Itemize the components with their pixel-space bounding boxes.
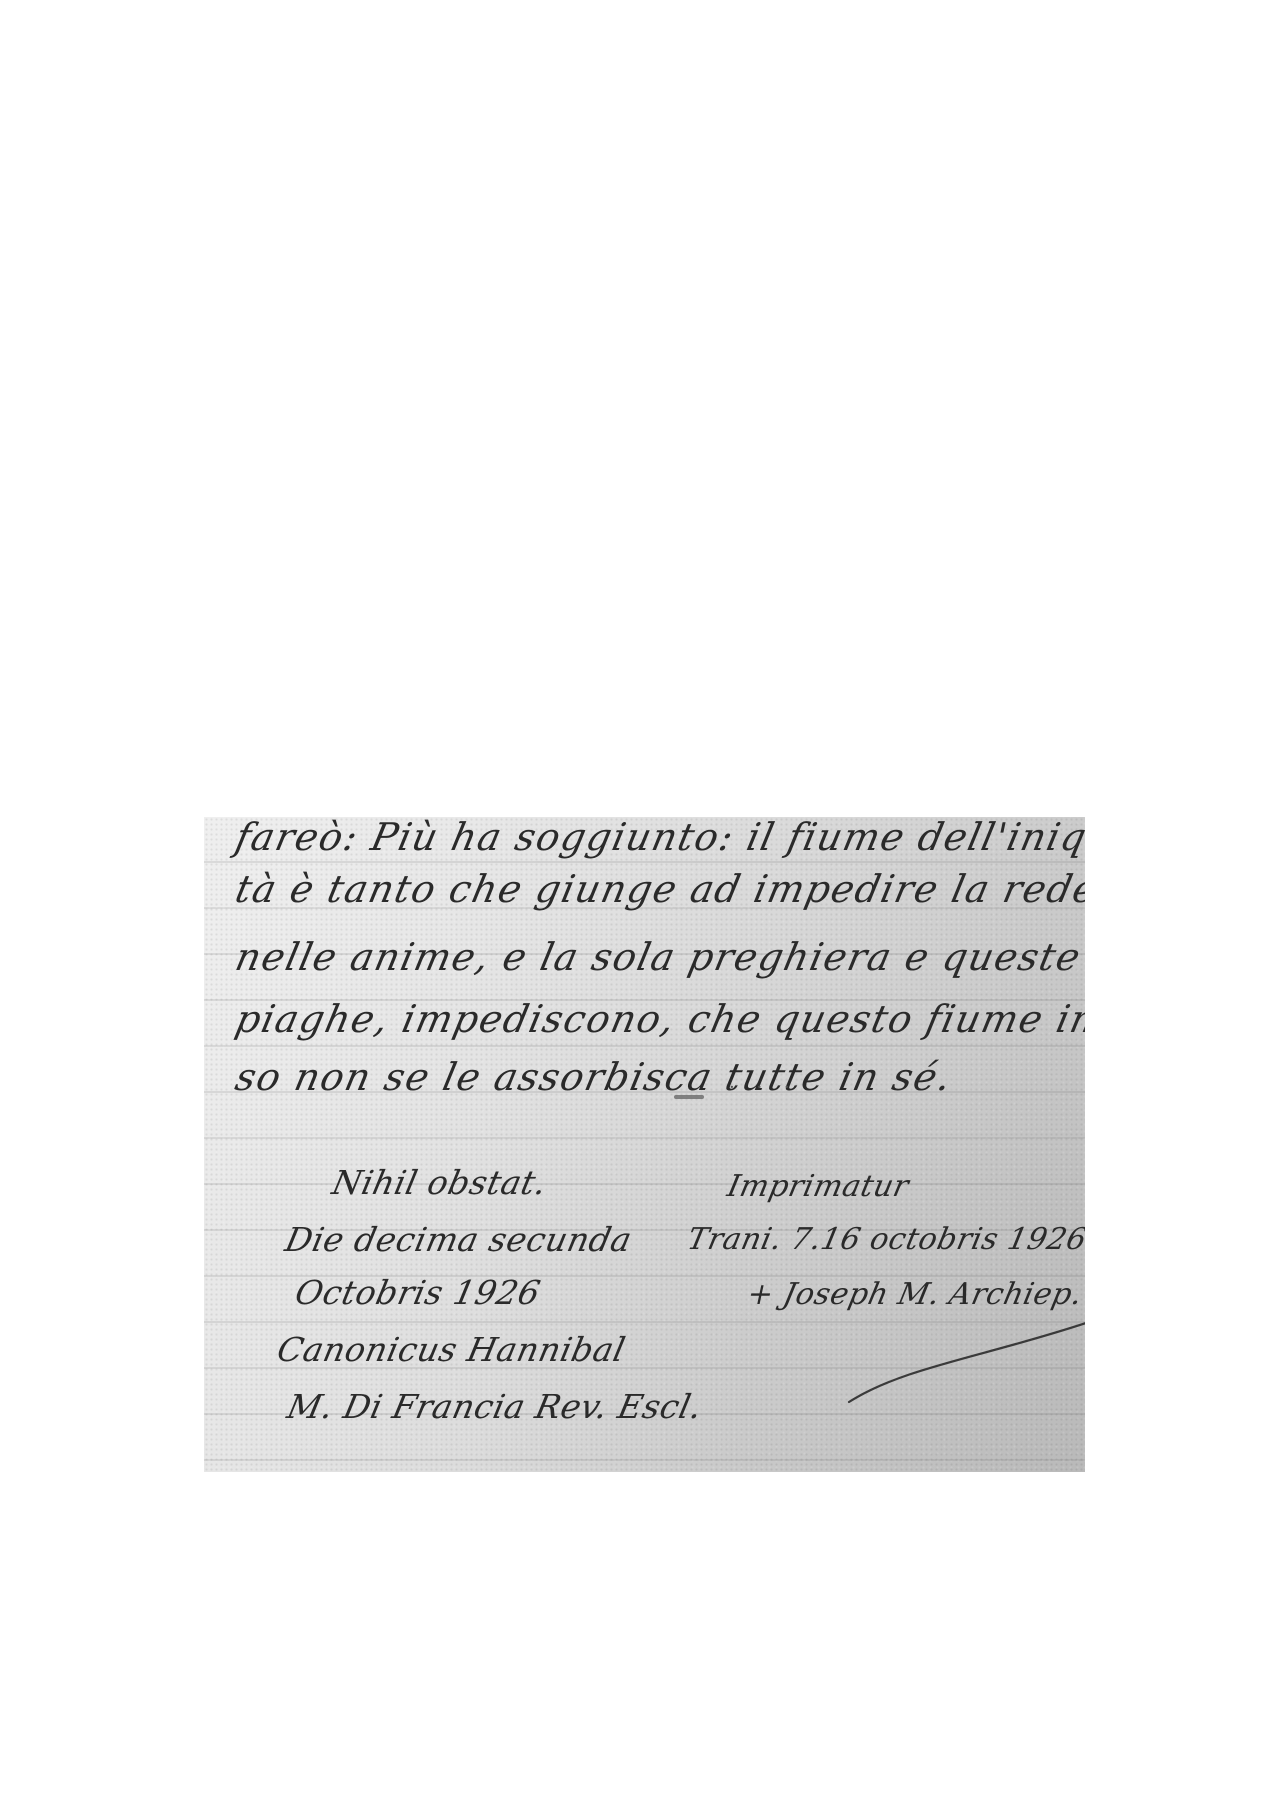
manuscript-photo: fareò: Più ha soggiunto: il fiume dell'i… bbox=[204, 817, 1085, 1472]
nihil-obstat-signatory-name: M. Di Francia Rev. Escl. bbox=[284, 1389, 705, 1425]
manuscript-line-1: fareò: Più ha soggiunto: il fiume dell'i… bbox=[232, 817, 1085, 857]
signature-flourish bbox=[844, 1317, 1085, 1407]
nihil-obstat-date-line: Die decima secunda bbox=[282, 1222, 635, 1258]
nihil-obstat-signatory: Canonicus Hannibal bbox=[274, 1332, 629, 1368]
imprimatur-heading: Imprimatur bbox=[724, 1169, 912, 1205]
nihil-obstat-month-year: Octobris 1926 bbox=[292, 1275, 544, 1311]
imprimatur-place-date: Trani. 7.16 octobris 1926 bbox=[684, 1222, 1085, 1258]
manuscript-line-4: piaghe, impediscono, che questo fiume im… bbox=[232, 999, 1085, 1039]
nihil-obstat-heading: Nihil obstat. bbox=[329, 1165, 550, 1201]
document-page: fareò: Più ha soggiunto: il fiume dell'i… bbox=[0, 0, 1275, 1815]
pen-mark bbox=[674, 1095, 704, 1099]
manuscript-line-5: so non se le assorbisca tutte in sé. bbox=[232, 1057, 956, 1097]
manuscript-line-3: nelle anime, e la sola preghiera e quest… bbox=[232, 937, 1085, 977]
imprimatur-signature: + Joseph M. Archiep. bbox=[744, 1277, 1085, 1313]
manuscript-line-2: tà è tanto che giunge ad impedire la red… bbox=[232, 869, 1085, 909]
ink-dots: · · · bbox=[729, 1077, 798, 1098]
